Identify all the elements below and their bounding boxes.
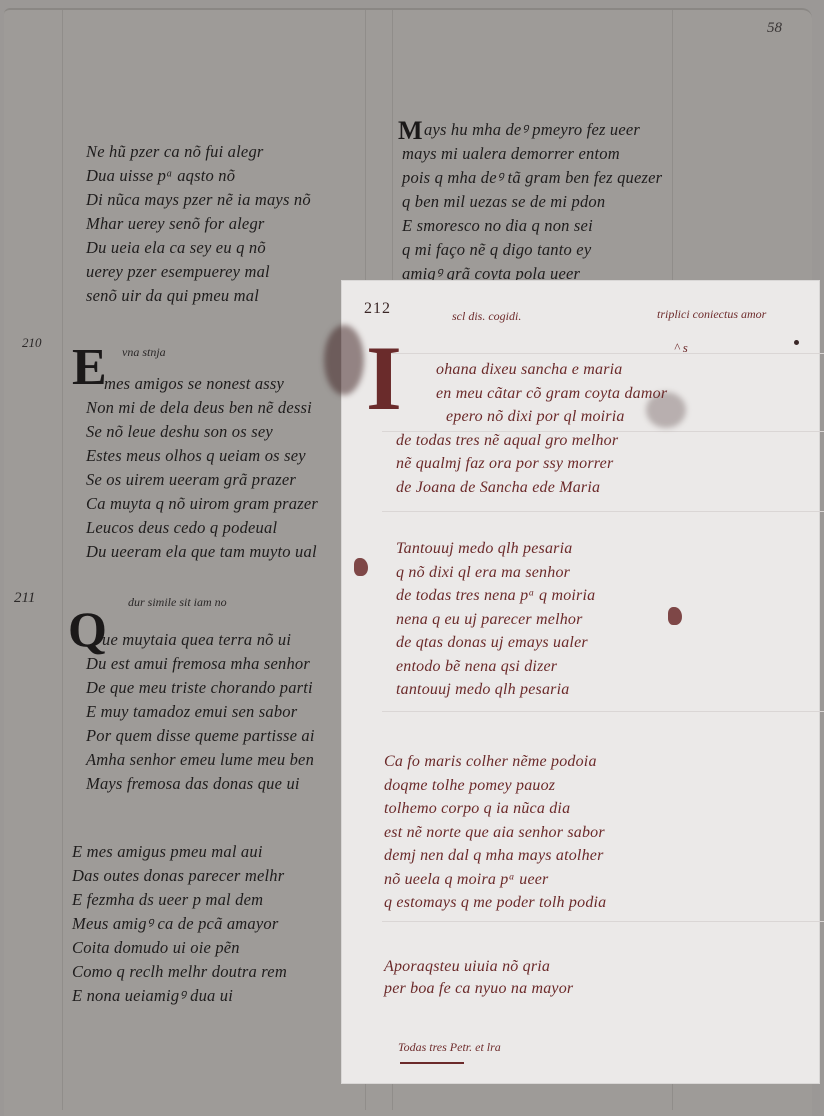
rubric: dur simile sit iam no	[128, 595, 227, 610]
verse-line: De que meu triste chorando parti	[86, 676, 315, 700]
verse-line: E smoresco no dia q non sei	[402, 214, 662, 238]
paragraph-mark	[354, 558, 368, 576]
poem-number-212: 212	[364, 300, 391, 318]
ink-dot	[794, 340, 799, 345]
rubric: vna stnja	[122, 345, 166, 360]
margin-note: triplici coniectus amor	[657, 307, 766, 322]
ruling-line	[382, 511, 824, 512]
verse-line: E mes amigus pmeu mal aui	[72, 840, 287, 864]
verse-line: de Joana de Sancha ede Maria	[396, 476, 667, 500]
verse-line: q ben mil uezas se de mi pdon	[402, 190, 662, 214]
verse-line: doqme tolhe pomey pauoz	[384, 774, 606, 798]
verse-line: Non mi de dela deus ben nẽ dessi	[86, 396, 318, 420]
verse-line: est nẽ norte que aia senhor sabor	[384, 821, 606, 845]
verse-line: mes amigos se nonest assy	[86, 372, 318, 396]
verse-line: Di nũca mays pzer nẽ ia mays nõ	[86, 188, 311, 212]
verse-line: Se nõ leue deshu son os sey	[86, 420, 318, 444]
verse-line: Meus amigꝰ ca de pcã amayor	[72, 912, 287, 936]
verse-line: Por quem disse queme partisse ai	[86, 724, 315, 748]
paragraph-mark	[668, 607, 682, 625]
ruling-line	[382, 353, 824, 354]
verse-line: q nõ dixi ql era ma senhor	[396, 561, 595, 585]
verse-line: Ca muyta q nõ uirom gram prazer	[86, 492, 318, 516]
verse-line: Mhar uerey senõ for alegr	[86, 212, 311, 236]
verse-line: de todas tres nẽ aqual gro melhor	[396, 429, 667, 453]
verse-line: Estes meus olhos q ueiam os sey	[86, 444, 318, 468]
verse-line: Amha senhor emeu lume meu ben	[86, 748, 315, 772]
poem-212-finida: Aporaqsteu uiuia nõ qria per boa fe ca n…	[384, 956, 573, 1000]
verse-line: en meu cãtar cõ gram coyta damor	[396, 382, 667, 406]
verse-line: Leucos deus cedo q podeual	[86, 516, 318, 540]
verse-line: Se os uirem ueeram grã prazer	[86, 468, 318, 492]
verse-line: mays mi ualera demorrer entom	[402, 142, 662, 166]
verse-line: Aporaqsteu uiuia nõ qria	[384, 956, 573, 978]
footer-note: Todas tres Petr. et lra	[398, 1040, 501, 1055]
verse-line: Du ueeram ela que tam muyto ual	[86, 540, 318, 564]
poem-211-stanza-2: E mes amigus pmeu mal aui Das outes dona…	[72, 840, 287, 1008]
verse-line: tolhemo corpo q ia nũca dia	[384, 797, 606, 821]
verse-line: E fezmha ds ueer p mal dem	[72, 888, 287, 912]
verse-line: per boa fe ca nyuo na mayor	[384, 978, 573, 1000]
manuscript-page: 58 Ne hũ pzer ca nõ fui alegr Dua uisse …	[0, 0, 824, 1116]
verse-line: entodo bẽ nena qsi dizer	[396, 655, 595, 679]
verse-line: pois q mha deꝰ tã gram ben fez quezer	[402, 166, 662, 190]
ruling-line	[382, 711, 824, 712]
ruling-line	[382, 921, 824, 922]
verse-line: nena q eu uj parecer melhor	[396, 608, 595, 632]
verse-line: ue muytaia quea terra nõ ui	[86, 628, 315, 652]
poem-211-stanza-1: ue muytaia quea terra nõ ui Du est amui …	[86, 628, 315, 796]
verse-line: demj nen dal q mha mays atolher	[384, 844, 606, 868]
poem-number-210: 210	[22, 335, 42, 351]
verse-line: senõ uir da qui pmeu mal	[86, 284, 311, 308]
poem-212-stanza-3: Ca fo maris colher nẽme podoia doqme tol…	[384, 750, 606, 915]
verse-line: q mi faço nẽ q digo tanto ey	[402, 238, 662, 262]
verse-line: Das outes donas parecer melhr	[72, 864, 287, 888]
verse-line: Ne hũ pzer ca nõ fui alegr	[86, 140, 311, 164]
verse-line: Mays fremosa das donas que ui	[86, 772, 315, 796]
bleed-through-initial	[324, 325, 364, 395]
verse-line: q estomays q me poder tolh podia	[384, 891, 606, 915]
verse-line: tantouuj medo qlh pesaria	[396, 678, 595, 702]
poem-212-stanza-1: ohana dixeu sancha e maria en meu cãtar …	[396, 358, 667, 499]
right-top-stanza: ays hu mha deꝰ pmeyro fez ueer mays mi u…	[402, 118, 662, 286]
verse-line: Dua uisse pᵃ aqsto nõ	[86, 164, 311, 188]
verse-line: epero nõ dixi por ql moiria	[396, 405, 667, 429]
verse-line: de qtas donas uj emays ualer	[396, 631, 595, 655]
verse-line: Coita domudo ui oie pẽn	[72, 936, 287, 960]
verse-line: Como q reclh melhr doutra rem	[72, 960, 287, 984]
verse-line: Du ueia ela ca sey eu q nõ	[86, 236, 311, 260]
poem-212-stanza-2: Tantouuj medo qlh pesaria q nõ dixi ql e…	[396, 537, 595, 702]
verse-line: Du est amui fremosa mha senhor	[86, 652, 315, 676]
poem-210-stanza: mes amigos se nonest assy Non mi de dela…	[86, 372, 318, 564]
verse-line: E muy tamadoz emui sen sabor	[86, 700, 315, 724]
footer-underline	[400, 1062, 464, 1064]
verse-line: uerey pzer esempuerey mal	[86, 260, 311, 284]
verse-line: Tantouuj medo qlh pesaria	[396, 537, 595, 561]
verse-line: nẽ qualmj faz ora por ssy morrer	[396, 452, 667, 476]
margin-ruling	[62, 10, 63, 1110]
verse-line: de todas tres nena pᵃ q moiria	[396, 584, 595, 608]
verse-line: ays hu mha deꝰ pmeyro fez ueer	[402, 118, 662, 142]
verse-line: ohana dixeu sancha e maria	[396, 358, 667, 382]
left-top-stanza: Ne hũ pzer ca nõ fui alegr Dua uisse pᵃ …	[86, 140, 311, 308]
rubric: scl dis. cogidi.	[452, 309, 521, 324]
poem-number-211: 211	[14, 590, 35, 607]
verse-line: Ca fo maris colher nẽme podoia	[384, 750, 606, 774]
verse-line: E nona ueiamigꝰ dua ui	[72, 984, 287, 1008]
margin-mark: ^ s	[674, 340, 688, 356]
verse-line: nõ ueela q moira pᵃ ueer	[384, 868, 606, 892]
folio-number: 58	[767, 20, 782, 37]
